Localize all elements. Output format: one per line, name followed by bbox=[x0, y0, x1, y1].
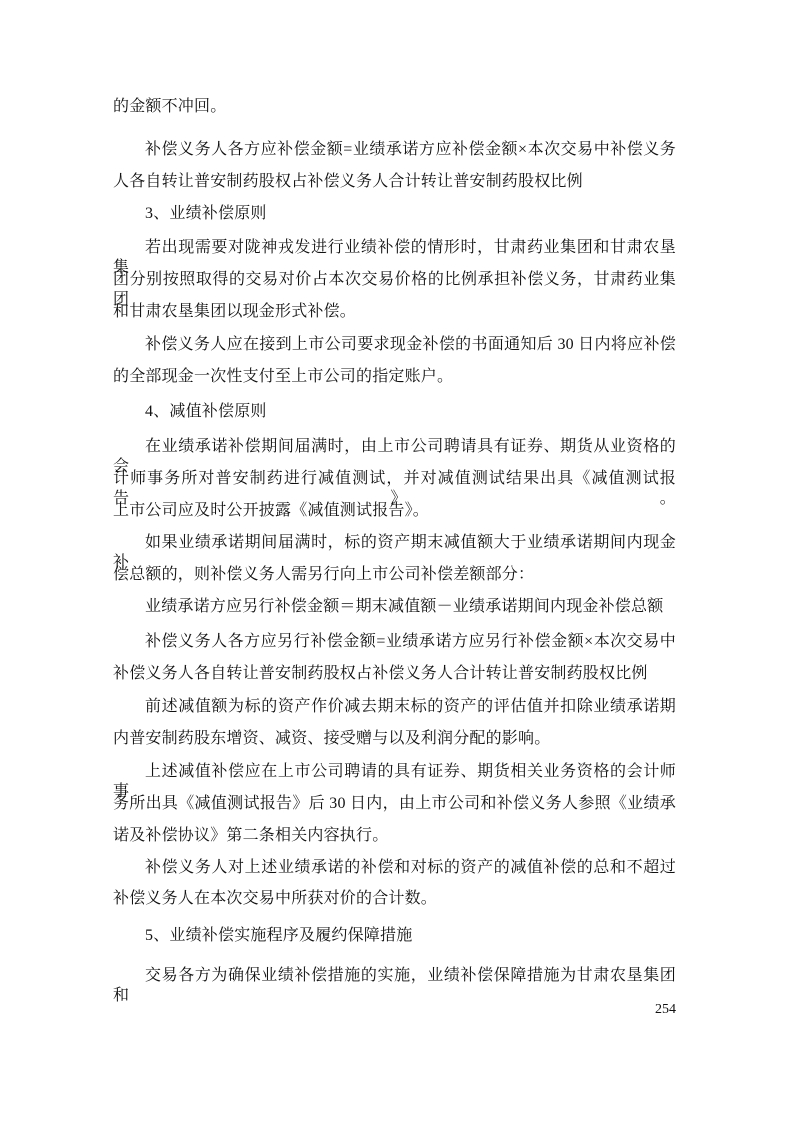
document-body: 的金额不冲回。 补偿义务人各方应补偿金额=业绩承诺方应补偿金额×本次交易中补偿义… bbox=[113, 0, 676, 1122]
paragraph-line: 补偿义务人在本次交易中所获对价的合计数。 bbox=[113, 889, 676, 909]
formula-line: 业绩承诺方应另行补偿金额＝期末减值额－业绩承诺期间内现金补偿总额 bbox=[113, 597, 676, 617]
section-heading: 4、减值补偿原则 bbox=[113, 402, 676, 422]
formula-line: 补偿义务人各自转让普安制药股权占补偿义务人合计转让普安制药股权比例 bbox=[113, 664, 676, 684]
document-page: 的金额不冲回。 补偿义务人各方应补偿金额=业绩承诺方应补偿金额×本次交易中补偿义… bbox=[0, 0, 793, 1122]
paragraph-line: 的金额不冲回。 bbox=[113, 97, 676, 117]
formula-line: 补偿义务人各方应另行补偿金额=业绩承诺方应另行补偿金额×本次交易中 bbox=[113, 632, 676, 652]
paragraph-line: 偿总额的，则补偿义务人需另行向上市公司补偿差额部分： bbox=[113, 565, 676, 585]
section-heading: 5、业绩补偿实施程序及履约保障措施 bbox=[113, 926, 676, 946]
formula-line: 补偿义务人各方应补偿金额=业绩承诺方应补偿金额×本次交易中补偿义务 bbox=[113, 140, 676, 160]
paragraph-line: 诺及补偿协议》第二条相关内容执行。 bbox=[113, 826, 676, 846]
paragraph-line: 和甘肃农垦集团以现金形式补偿。 bbox=[113, 302, 676, 322]
formula-line: 人各自转让普安制药股权占补偿义务人合计转让普安制药股权比例 bbox=[113, 172, 676, 192]
paragraph-line: 的全部现金一次性支付至上市公司的指定账户。 bbox=[113, 367, 676, 387]
section-heading: 3、业绩补偿原则 bbox=[113, 204, 676, 224]
paragraph-line: 前述减值额为标的资产作价减去期末标的资产的评估值并扣除业绩承诺期 bbox=[113, 697, 676, 717]
paragraph-line: 补偿义务人应在接到上市公司要求现金补偿的书面通知后 30 日内将应补偿 bbox=[113, 335, 676, 355]
paragraph-line: 务所出具《减值测试报告》后 30 日内，由上市公司和补偿义务人参照《业绩承 bbox=[113, 794, 676, 814]
paragraph-line: 补偿义务人对上述业绩承诺的补偿和对标的资产的减值补偿的总和不超过 bbox=[113, 858, 676, 878]
paragraph-line: 上市公司应及时公开披露《减值测试报告》。 bbox=[113, 501, 676, 521]
paragraph-line: 内普安制药股东增资、减资、接受赠与以及利润分配的影响。 bbox=[113, 729, 676, 749]
page-number: 254 bbox=[113, 1002, 676, 1018]
paragraph-line: 交易各方为确保业绩补偿措施的实施，业绩补偿保障措施为甘肃农垦集团和 bbox=[113, 966, 676, 1006]
